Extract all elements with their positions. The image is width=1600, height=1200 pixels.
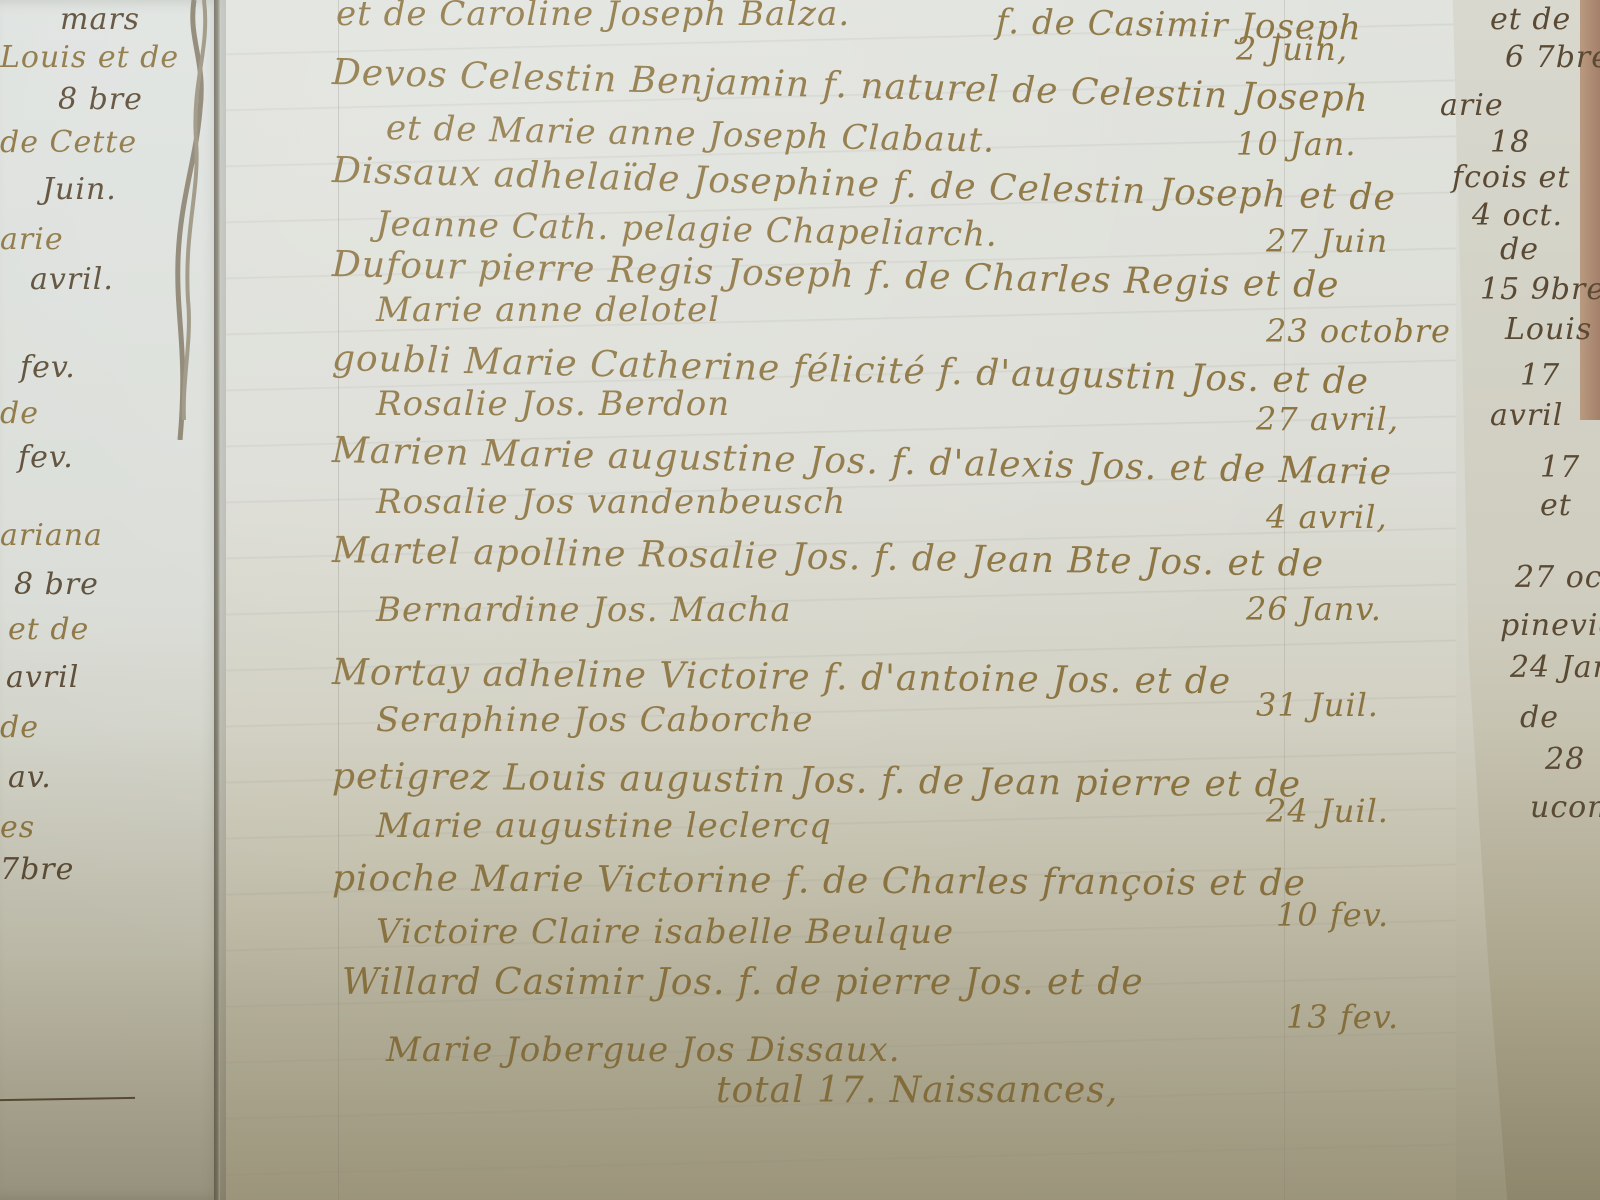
entry-name: pioche Marie Victorine f. de Charles fra… xyxy=(332,858,1306,904)
entry-date: 24 Juil. xyxy=(1266,792,1389,830)
right-fragment: et de xyxy=(1490,2,1571,37)
right-fragment: avril xyxy=(1490,398,1563,433)
left-fragment: fev. xyxy=(18,440,74,475)
entry-name: petigrez Louis augustin Jos. f. de Jean … xyxy=(332,756,1301,805)
right-fragment: 17 xyxy=(1520,358,1560,393)
left-fragment: fev. xyxy=(20,350,76,385)
entry-mother: Victoire Claire isabelle Beulque xyxy=(376,912,954,952)
entry-mother: Marie anne delotel xyxy=(376,290,720,330)
left-fragment: 8 bre xyxy=(58,82,143,117)
left-fragment: av. xyxy=(8,760,52,795)
left-fragment: arie xyxy=(0,222,64,257)
left-fragment: avril xyxy=(6,660,79,695)
entry-date: 23 octobre xyxy=(1266,312,1451,350)
entry-name: Mortay adheline Victoire f. d'antoine Jo… xyxy=(332,652,1232,702)
entry-date: 13 fev. xyxy=(1286,998,1399,1036)
right-fragment: de xyxy=(1500,232,1539,267)
right-fragment: 24 Jan xyxy=(1510,650,1600,685)
entry-date: 2 Juin, xyxy=(1236,30,1348,68)
right-fragment: Louis xyxy=(1505,312,1592,347)
entry-mother: Rosalie Jos. Berdon xyxy=(376,384,730,424)
left-fragment: de xyxy=(0,710,39,745)
register-photo: mars Louis et de 8 bre de Cette Juin. ar… xyxy=(0,0,1600,1200)
entry-mother: Marie augustine leclercq xyxy=(376,806,832,846)
entry-date: 26 Janv. xyxy=(1246,590,1382,628)
left-fragment: de xyxy=(0,396,39,431)
right-fragment: 4 oct. xyxy=(1472,198,1563,233)
end-rule xyxy=(0,1097,135,1101)
left-fragment: ariana xyxy=(0,518,103,553)
right-fragment: fcois et xyxy=(1452,160,1570,195)
right-fragment: 27 oct. xyxy=(1515,560,1600,595)
binding-thread-icon xyxy=(170,0,210,440)
left-fragment: 7bre xyxy=(0,852,74,887)
right-fragment: 6 7bre xyxy=(1505,40,1600,75)
book-gutter xyxy=(214,0,220,1200)
right-fragment: pineviere xyxy=(1500,608,1600,643)
entry-date: 10 Jan. xyxy=(1236,125,1357,163)
left-fragment: Louis et de xyxy=(0,40,179,75)
entry-name: Willard Casimir Jos. f. de pierre Jos. e… xyxy=(342,962,1144,1003)
main-page: et de Caroline Joseph Balza. f. de Casim… xyxy=(226,0,1456,1200)
right-fragment: ucon xyxy=(1530,790,1600,825)
partial-line: et de Caroline Joseph Balza. xyxy=(336,0,850,34)
right-fragment: 17 xyxy=(1540,450,1580,485)
right-fragment: 15 9bre xyxy=(1480,272,1600,307)
entry-date: 27 avril, xyxy=(1256,400,1399,438)
right-fragment: 28 xyxy=(1545,742,1585,777)
entry-date: 4 avril, xyxy=(1266,498,1388,536)
entry-mother: Seraphine Jos Caborche xyxy=(376,700,814,740)
entry-mother: Rosalie Jos vandenbeusch xyxy=(376,482,846,522)
entry-mother: Bernardine Jos. Macha xyxy=(376,590,792,630)
entry-date: 27 Juin xyxy=(1266,222,1388,260)
entry-mother: Marie Jobergue Jos Dissaux. xyxy=(386,1030,901,1070)
left-fragment: es xyxy=(0,810,35,845)
left-fragment: mars xyxy=(60,2,140,37)
left-fragment: 8 bre xyxy=(14,567,99,602)
entry-date: 10 fev. xyxy=(1276,896,1389,934)
right-fragment: arie xyxy=(1440,88,1504,123)
left-fragment: et de xyxy=(8,612,89,647)
right-fragment: 18 xyxy=(1490,125,1530,160)
total-line: total 17. Naissances, xyxy=(716,1070,1118,1111)
left-fragment: de Cette xyxy=(0,125,137,160)
entry-date: 31 Juil. xyxy=(1256,686,1379,724)
entry-name: Martel apolline Rosalie Jos. f. de Jean … xyxy=(332,530,1325,585)
left-fragment: avril. xyxy=(30,262,114,297)
right-fragment: de xyxy=(1520,700,1559,735)
right-fragment: et xyxy=(1540,488,1572,523)
left-fragment: Juin. xyxy=(42,172,117,207)
